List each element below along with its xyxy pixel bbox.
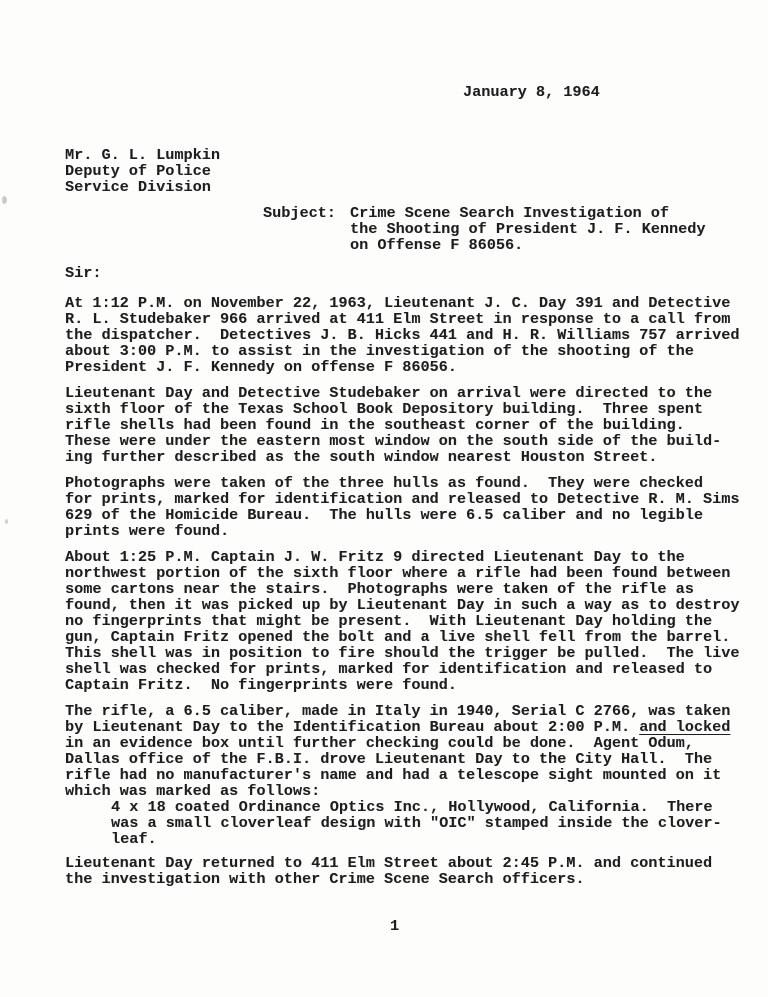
- document-line: on Offense F 86056.: [350, 237, 705, 253]
- document-line: northwest portion of the sixth floor whe…: [65, 565, 739, 581]
- page-number: 1: [390, 918, 399, 934]
- document-line: Lieutenant Day returned to 411 Elm Stree…: [65, 855, 712, 871]
- scan-speck: [5, 519, 8, 524]
- document-line: no fingerprints that might be present. W…: [65, 613, 739, 629]
- document-line: rifle shells had been found in the south…: [65, 417, 721, 433]
- document-line: about 3:00 P.M. to assist in the investi…: [65, 343, 739, 359]
- document-line: These were under the eastern most window…: [65, 433, 721, 449]
- document-line: prints were found.: [65, 523, 739, 539]
- document-line: Service Division: [65, 179, 220, 195]
- document-line: At 1:12 P.M. on November 22, 1963, Lieut…: [65, 295, 739, 311]
- document-line: the investigation with other Crime Scene…: [65, 871, 712, 887]
- document-line: ing further described as the south windo…: [65, 449, 721, 465]
- document-line: the Shooting of President J. F. Kennedy: [350, 221, 705, 237]
- date-line: January 8, 1964: [463, 84, 600, 100]
- document-line: which was marked as follows:: [65, 783, 730, 799]
- paragraph-return: Lieutenant Day returned to 411 Elm Stree…: [65, 855, 712, 887]
- document-line: About 1:25 P.M. Captain J. W. Fritz 9 di…: [65, 549, 739, 565]
- document-line: Captain Fritz. No fingerprints were foun…: [65, 677, 739, 693]
- subject-label: Subject:: [263, 205, 336, 221]
- document-line: Mr. G. L. Lumpkin: [65, 147, 220, 163]
- document-line: Photographs were taken of the three hull…: [65, 475, 739, 491]
- document-line: was a small cloverleaf design with "OIC"…: [111, 815, 722, 831]
- document-line: Deputy of Police: [65, 163, 220, 179]
- document-line: leaf.: [111, 831, 722, 847]
- paragraph-scope-markings: 4 x 18 coated Ordinance Optics Inc., Hol…: [111, 799, 722, 847]
- subject-text-block: Crime Scene Search Investigation ofthe S…: [350, 205, 705, 253]
- document-line: the dispatcher. Detectives J. B. Hicks 4…: [65, 327, 739, 343]
- document-line: Crime Scene Search Investigation of: [350, 205, 705, 221]
- document-line: Dallas office of the F.B.I. drove Lieute…: [65, 751, 730, 767]
- document-line: 629 of the Homicide Bureau. The hulls we…: [65, 507, 739, 523]
- document-line: for prints, marked for identification an…: [65, 491, 739, 507]
- document-line: some cartons near the stairs. Photograph…: [65, 581, 739, 597]
- document-line: shell was checked for prints, marked for…: [65, 661, 739, 677]
- document-line: Lieutenant Day and Detective Studebaker …: [65, 385, 721, 401]
- document-line: President J. F. Kennedy on offense F 860…: [65, 359, 739, 375]
- paragraph-hulls: Photographs were taken of the three hull…: [65, 475, 739, 539]
- document-page: January 8, 1964 Mr. G. L. LumpkinDeputy …: [0, 0, 768, 997]
- document-line: rifle had no manufacturer's name and had…: [65, 767, 730, 783]
- document-line: by Lieutenant Day to the Identification …: [65, 719, 730, 735]
- paragraph-rifle-description: The rifle, a 6.5 caliber, made in Italy …: [65, 703, 730, 799]
- paragraph-arrival: At 1:12 P.M. on November 22, 1963, Lieut…: [65, 295, 739, 375]
- document-line: gun, Captain Fritz opened the bolt and a…: [65, 629, 739, 645]
- document-line: The rifle, a 6.5 caliber, made in Italy …: [65, 703, 730, 719]
- document-line: R. L. Studebaker 966 arrived at 411 Elm …: [65, 311, 739, 327]
- document-line: found, then it was picked up by Lieutena…: [65, 597, 739, 613]
- document-line: in an evidence box until further checkin…: [65, 735, 730, 751]
- document-line: 4 x 18 coated Ordinance Optics Inc., Hol…: [111, 799, 722, 815]
- scan-speck: [2, 196, 7, 204]
- recipient-address-block: Mr. G. L. LumpkinDeputy of PoliceService…: [65, 147, 220, 195]
- paragraph-rifle-found: About 1:25 P.M. Captain J. W. Fritz 9 di…: [65, 549, 739, 693]
- document-line: This shell was in position to fire shoul…: [65, 645, 739, 661]
- document-line: sixth floor of the Texas School Book Dep…: [65, 401, 721, 417]
- salutation: Sir:: [65, 265, 101, 281]
- paragraph-sixth-floor: Lieutenant Day and Detective Studebaker …: [65, 385, 721, 465]
